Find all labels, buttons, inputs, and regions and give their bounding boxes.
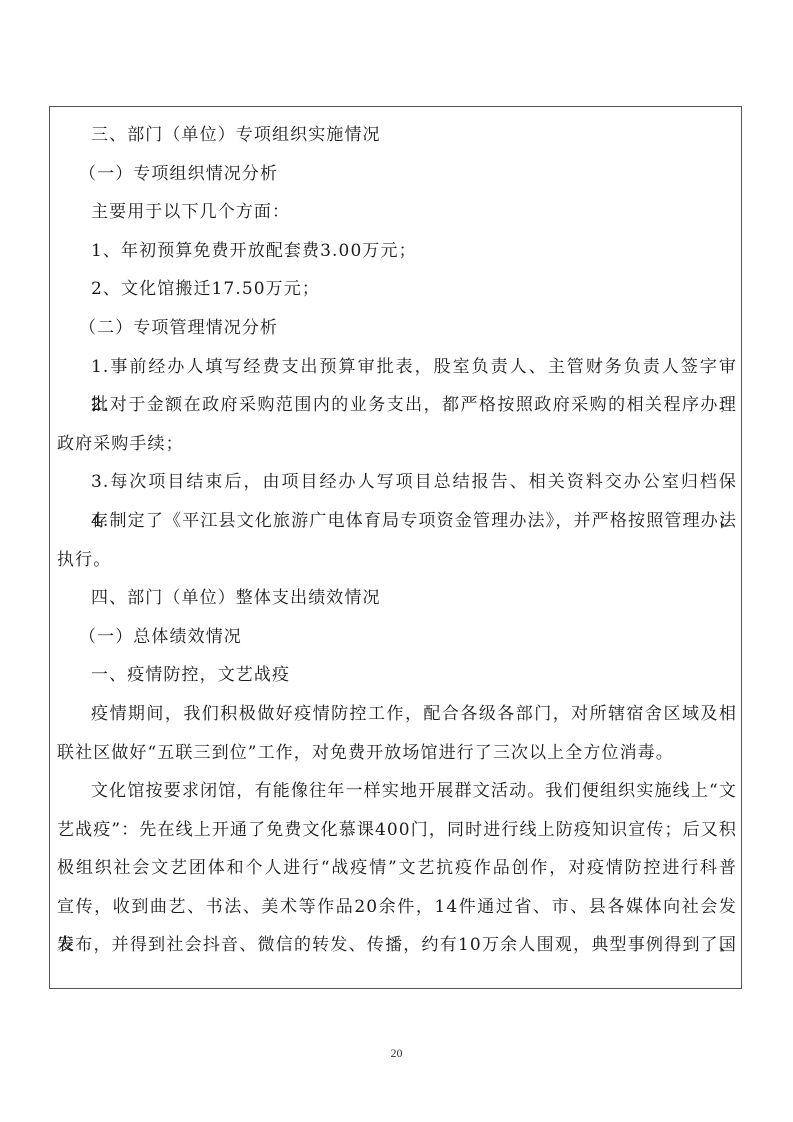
paragraph-text: 艺战疫”：先在线上开通了免费文化慕课400门，同时进行线上防疫知识宣传；后又积 [57,811,737,850]
paragraph-text: 发布，并得到社会抖音、微信的转发、传播，约有10万余人围观，典型事例得到了国 [57,926,737,965]
list-item: 1、年初预算免费开放配套费3.00万元； [91,241,417,261]
line-6: 1.事前经办人填写经费支出预算审批表，股室负责人、主管财务负责人签字审批； [57,348,737,387]
line-8: 政府采购手续； [57,425,737,464]
subsection-heading: （一）总体绩效情况 [79,627,242,647]
line-16: 联社区做好“五联三到位”工作，对免费开放场馆进行了三次以上全方位消毒。 [57,734,737,773]
topic-heading: 一、疫情防控，文艺战疫 [91,665,290,685]
line-12: 四、部门（单位）整体支出绩效情况 [57,579,737,618]
paragraph-text: 主要用于以下几个方面： [91,202,290,222]
section-heading-3: 三、部门（单位）专项组织实施情况 [91,125,381,145]
list-item-continuation: 执行。 [57,550,111,570]
line-10: 4.制定了《平江县文化旅游广电体育局专项资金管理办法》，并严格按照管理办法 [57,502,737,541]
list-item: 2、文化馆搬迁17.50万元； [91,279,320,299]
line-5: （二）专项管理情况分析 [57,309,737,348]
line-7: 2.对于金额在政府采购范围内的业务支出，都严格按照政府采购的相关程序办理 [57,386,737,425]
paragraph-text: 文化馆按要求闭馆，有能像往年一样实地开展群文活动。我们便组织实施线上“文 [91,772,737,811]
subsection-heading: （一）专项组织情况分析 [79,164,278,184]
line-9: 3.每次项目结束后，由项目经办人写项目总结报告、相关资料交办公室归档保存； [57,463,737,502]
subsection-heading: （二）专项管理情况分析 [79,318,278,338]
list-item: 2.对于金额在政府采购范围内的业务支出，都严格按照政府采购的相关程序办理 [91,386,737,425]
line-13: （一）总体绩效情况 [57,618,737,657]
line-20: 宣传，收到曲艺、书法、美术等作品20余件，14件通过省、市、县各媒体向社会发表、 [57,888,737,927]
line-21: 发布，并得到社会抖音、微信的转发、传播，约有10万余人围观，典型事例得到了国 [57,926,737,965]
line-3: 1、年初预算免费开放配套费3.00万元； [57,232,737,271]
list-item: 4.制定了《平江县文化旅游广电体育局专项资金管理办法》，并严格按照管理办法 [91,502,737,541]
line-14: 一、疫情防控，文艺战疫 [57,656,737,695]
list-item-continuation: 政府采购手续； [57,434,184,454]
line-17: 文化馆按要求闭馆，有能像往年一样实地开展群文活动。我们便组织实施线上“文 [57,772,737,811]
document-frame: 三、部门（单位）专项组织实施情况 （一）专项组织情况分析 主要用于以下几个方面：… [49,106,742,989]
line-2: 主要用于以下几个方面： [57,193,737,232]
paragraph-text: 疫情期间，我们积极做好疫情防控工作，配合各级各部门，对所辖宿舍区域及相 [91,695,737,734]
line-15: 疫情期间，我们积极做好疫情防控工作，配合各级各部门，对所辖宿舍区域及相 [57,695,737,734]
page-number: 20 [0,1046,793,1061]
line-18: 艺战疫”：先在线上开通了免费文化慕课400门，同时进行线上防疫知识宣传；后又积 [57,811,737,850]
paragraph-text: 联社区做好“五联三到位”工作，对免费开放场馆进行了三次以上全方位消毒。 [57,743,674,763]
line-19: 极组织社会文艺团体和个人进行“战疫情”文艺抗疫作品创作，对疫情防控进行科普 [57,849,737,888]
line-11: 执行。 [57,541,737,580]
line-4: 2、文化馆搬迁17.50万元； [57,270,737,309]
document-body: 三、部门（单位）专项组织实施情况 （一）专项组织情况分析 主要用于以下几个方面：… [57,116,737,965]
paragraph-text: 极组织社会文艺团体和个人进行“战疫情”文艺抗疫作品创作，对疫情防控进行科普 [57,849,737,888]
section-heading-4: 四、部门（单位）整体支出绩效情况 [91,588,381,608]
line-1: （一）专项组织情况分析 [57,155,737,194]
line-0: 三、部门（单位）专项组织实施情况 [57,116,737,155]
